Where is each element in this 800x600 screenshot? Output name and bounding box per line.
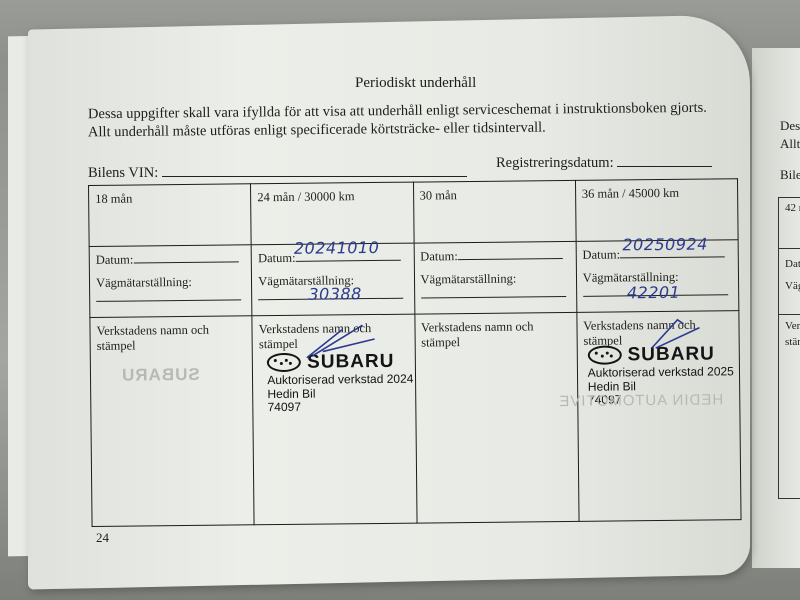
date-label: Datum:	[96, 253, 134, 267]
date-line[interactable]	[296, 260, 401, 262]
handwritten-date: 20250924	[622, 235, 708, 255]
vin-line[interactable]	[162, 176, 467, 177]
workshop-row: Verkstadens namn och stämpel SUBARU Verk…	[90, 311, 741, 527]
intro-line-2: Allt underhåll måste utföras enligt spec…	[88, 120, 546, 142]
date-line[interactable]	[620, 256, 725, 258]
ghost-stamp-imprint: SUBARU	[121, 365, 200, 386]
right-page-cell: Väg	[785, 280, 800, 292]
right-page-table: 42 r DatuVäg Ver stän	[778, 197, 800, 499]
vin-field[interactable]: Bilens VIN:	[88, 165, 467, 182]
page-number: 24	[96, 530, 109, 546]
interval-cell: 30 mån	[413, 180, 576, 243]
odometer-line[interactable]	[421, 296, 566, 299]
date-odometer-cell[interactable]: Datum: Vägmätarställning: 20250924 42201	[576, 240, 739, 313]
stamp-line-1: Auktoriserad verkstad 2024	[267, 372, 413, 387]
stamp-line-3: 74097	[268, 400, 414, 415]
subaru-logo-icon	[587, 346, 621, 365]
right-page-cell: Ver	[785, 320, 800, 332]
date-odometer-cell[interactable]: Datum: Vägmätarställning:	[89, 245, 252, 318]
stamp-line-1: Auktoriserad verkstad 2025	[588, 365, 734, 380]
registration-date-field[interactable]: Registreringsdatum:	[496, 155, 712, 172]
right-page-cell: 42 r	[785, 202, 800, 214]
right-page-cell: stän	[785, 336, 800, 348]
workshop-label: Verkstadens namn och stämpel	[96, 323, 209, 353]
page-content: Periodiskt underhåll Dessa uppgifter ska…	[0, 0, 800, 600]
date-label: Datum:	[420, 249, 458, 263]
handwritten-odometer: 30388	[308, 284, 362, 304]
right-page-text: Allt	[780, 136, 800, 152]
date-odometer-cell[interactable]: Datum: Vägmätarställning:	[414, 241, 577, 314]
workshop-cell[interactable]: Verkstadens namn och stämpel SUBARU Aukt…	[577, 311, 741, 522]
workshop-label: Verkstadens namn och stämpel	[421, 319, 534, 349]
ghost-stamp-imprint: HEDIN AUTOMOTIVE	[558, 391, 723, 410]
maintenance-table: 18 mån 24 mån / 30000 km 30 mån 36 mån /…	[88, 178, 742, 527]
interval-cell: 24 mån / 30000 km	[251, 182, 414, 245]
signature-icon	[303, 321, 383, 362]
vin-label: Bilens VIN:	[88, 165, 158, 181]
date-odometer-row: Datum: Vägmätarställning: Datum: Vägmäta…	[89, 240, 739, 318]
odometer-line[interactable]	[96, 299, 241, 302]
date-label: Datum:	[582, 247, 620, 261]
registration-date-label: Registreringsdatum:	[496, 155, 614, 171]
workshop-cell[interactable]: Verkstadens namn och stämpel	[414, 312, 578, 523]
odometer-label: Vägmätarställning:	[420, 271, 569, 288]
right-page-text: Dess	[780, 118, 800, 134]
subaru-logo-icon	[267, 353, 301, 372]
workshop-cell[interactable]: Verkstadens namn och stämpel SUBARU	[90, 316, 254, 527]
registration-date-line[interactable]	[617, 166, 712, 167]
workshop-cell[interactable]: Verkstadens namn och stämpel SUBARU Aukt…	[252, 314, 416, 525]
odometer-label: Vägmätarställning:	[96, 274, 245, 291]
page-title: Periodiskt underhåll	[355, 75, 476, 92]
date-line[interactable]	[133, 261, 238, 263]
date-line[interactable]	[458, 258, 563, 260]
right-page-text: Bile	[780, 167, 800, 183]
signature-icon	[647, 314, 707, 355]
date-odometer-cell[interactable]: Datum: Vägmätarställning: 20241010 30388	[251, 243, 414, 316]
right-page-cell: Datu	[785, 258, 800, 270]
intro-line-1: Dessa uppgifter skall vara ifyllda för a…	[88, 100, 707, 123]
date-label: Datum:	[258, 251, 296, 265]
interval-cell: 18 mån	[89, 184, 252, 247]
handwritten-odometer: 42201	[627, 283, 681, 303]
interval-cell: 36 mån / 45000 km	[575, 179, 738, 242]
handwritten-date: 20241010	[294, 238, 380, 258]
